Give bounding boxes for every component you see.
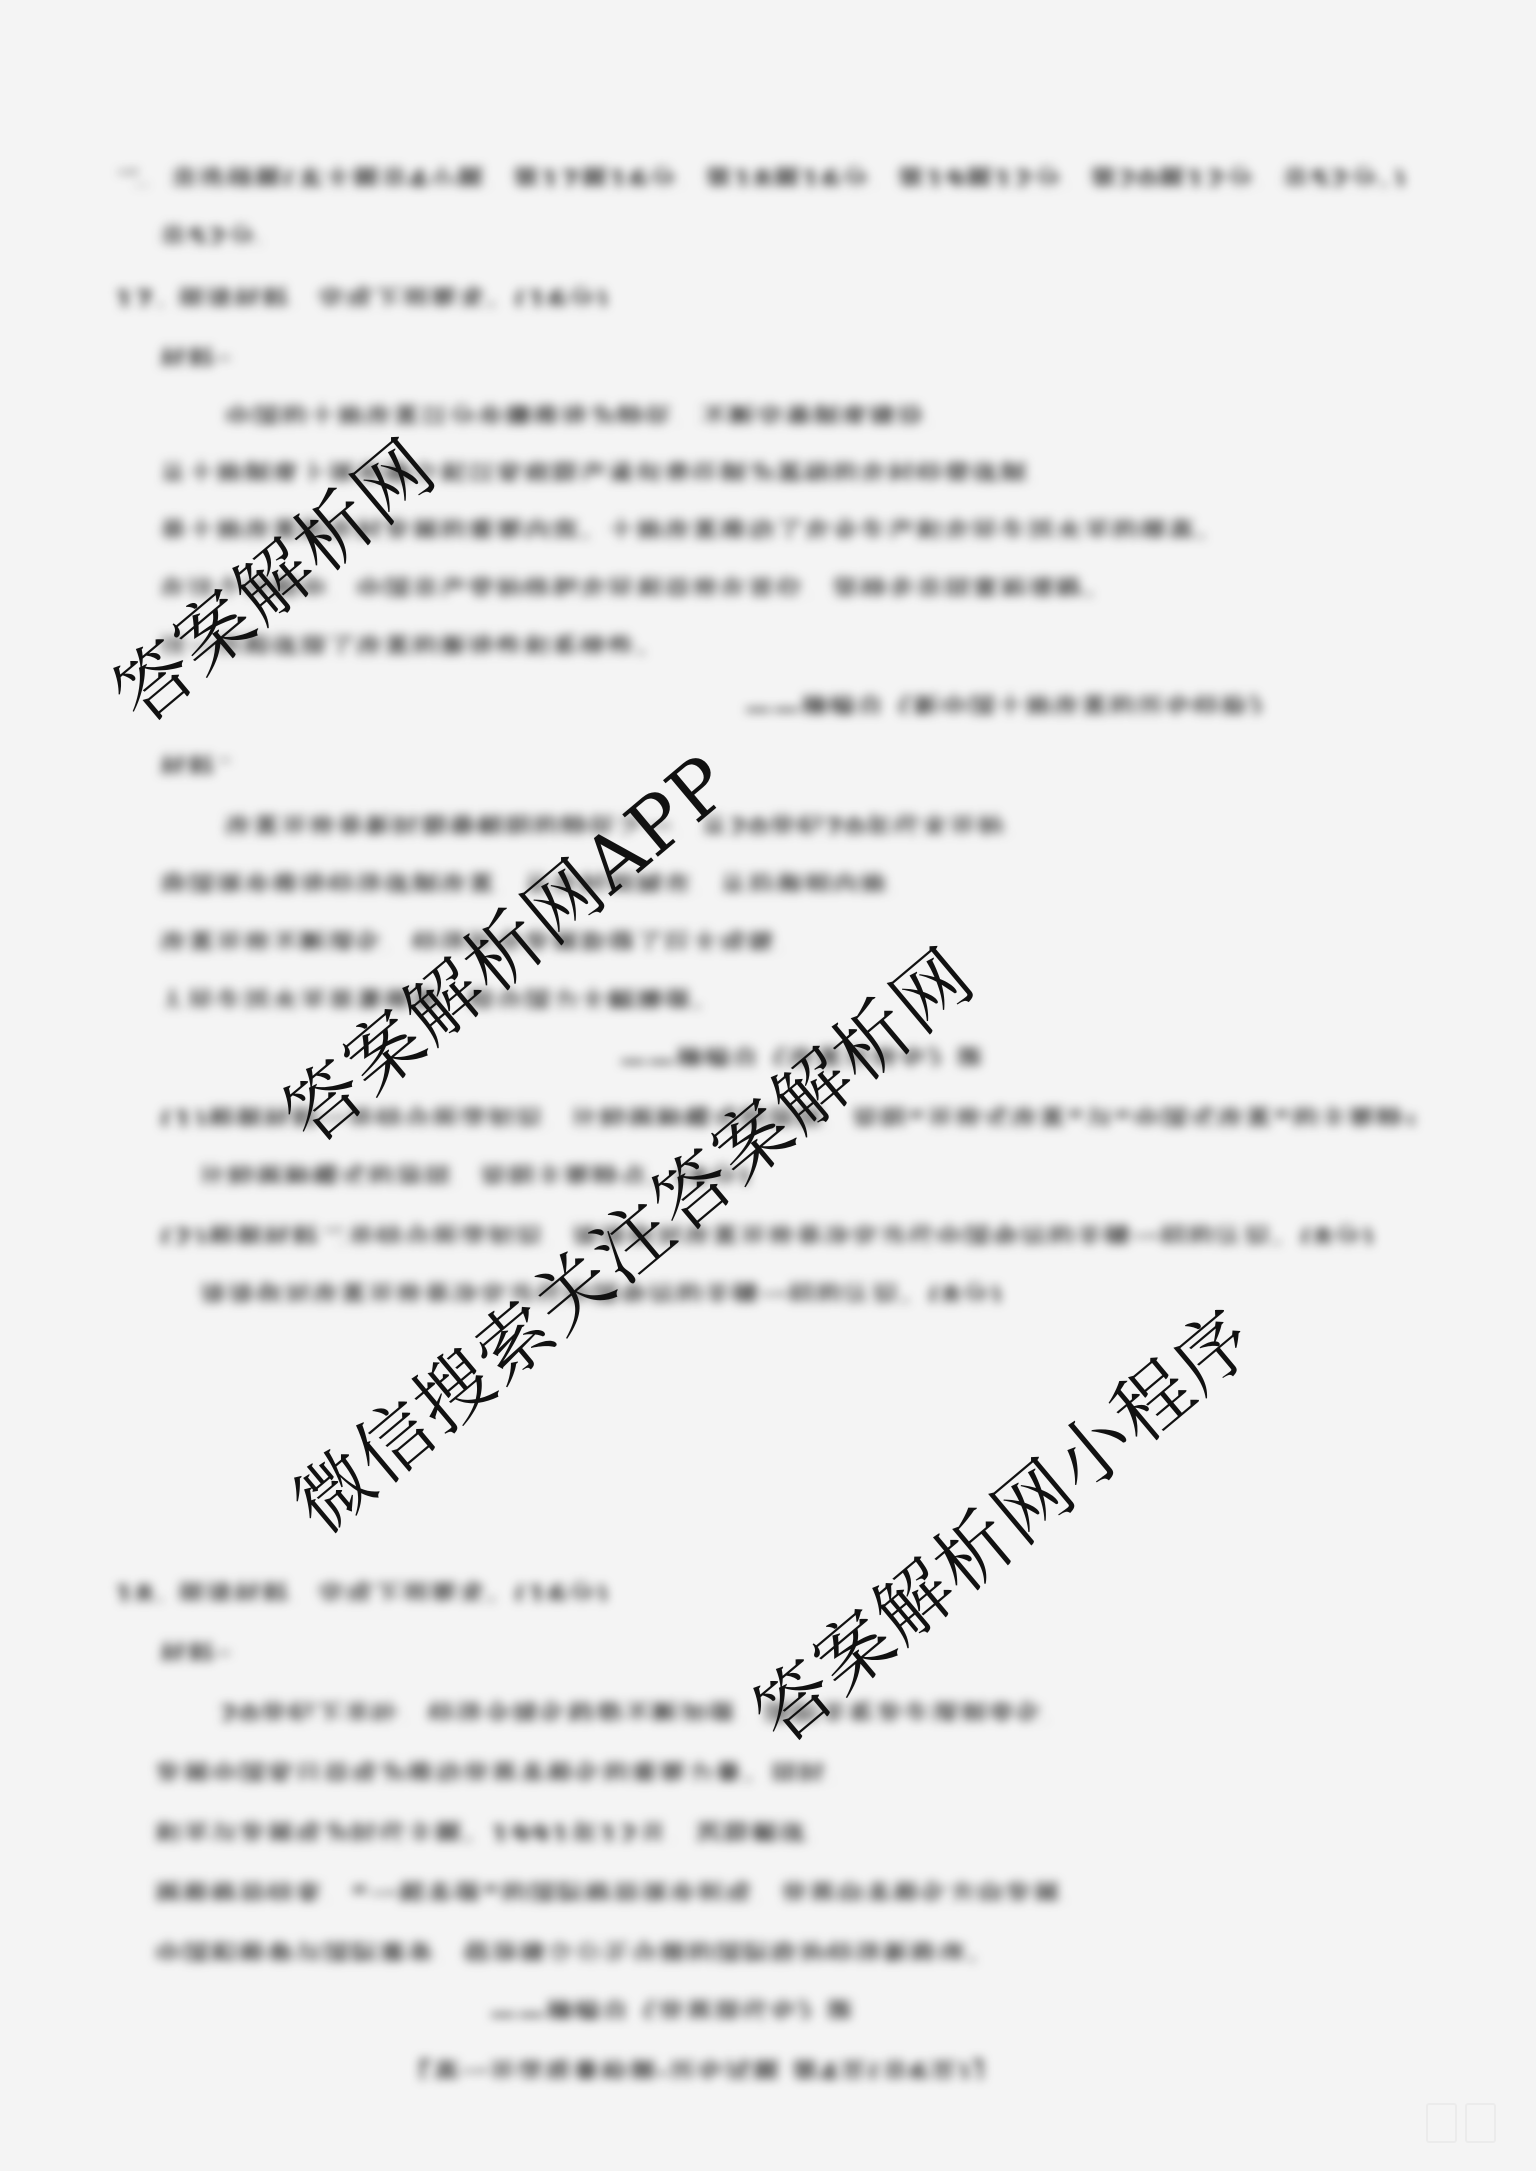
- section-heading-cont: 共52分。): [160, 218, 260, 244]
- q17-material1-label: 材料一: [160, 340, 230, 366]
- q17-material2-line: 改革开放不断深化，经济社会发展取得了巨大成就，: [160, 924, 1415, 950]
- page-footer: 【高一开学质量检测·历史试题 第4页(共6页)】: [405, 2053, 1125, 2079]
- exam-page: 二、非选择题(本大题共4小题，第17题16分，第18题16分，第19题12分，第…: [0, 0, 1536, 2171]
- section-heading: 二、非选择题(本大题共4小题，第17题16分，第18题16分，第19题12分，第…: [115, 160, 1415, 186]
- q17-material2-line: 我国逐步推进经济体制改革，从农村到城市，从沿海到内地，: [160, 866, 1415, 892]
- q17-source: ——摘编自《改革开放史》等: [620, 1040, 1415, 1066]
- q17-material2-line: 改革开放是新时期最鲜明的特征之一，从20世纪70年代末开始，: [225, 808, 1415, 834]
- q18-material1-line: 两极格局结束，“一超多强”的国际格局逐步形成，世界向多极化方向发展，: [155, 1875, 1305, 1901]
- q18-material1-label: 材料一: [160, 1635, 230, 1661]
- q17-sub-question: (2)根据材料二并结合所学知识，谈谈你对改革开放是决定当代中国命运的关键一招的认…: [160, 1218, 1415, 1244]
- q18-prompt: 18. 阅读材料，完成下列要求。(16分): [115, 1575, 635, 1601]
- q17-material1-line: 中国的土地改革以分步骤推进为特征，不断完善制度建设，: [225, 398, 1415, 424]
- q18-material1-source: ——摘编自《世界现代史》等: [490, 1993, 1230, 2019]
- corner-logo-icon: [1426, 2103, 1496, 2143]
- q18-material1-line: 和平与发展成为时代主题。1991年12月，苏联解体，: [155, 1815, 1325, 1841]
- q18-material1-line: 中国积极参与国际事务，倡导建立公正合理的国际政治经济新秩序。: [155, 1935, 1255, 1961]
- q18-material1-line: 发展中国家日益成为推动世界多极化的重要力量。同时，: [155, 1755, 1335, 1781]
- watermark-text: 答案解析网小程序: [741, 1297, 1268, 1756]
- q17-material2-label: 材料二: [160, 748, 230, 774]
- q17-material1-source: ——摘编自《新中国土地改革的历史经验》: [745, 688, 1415, 714]
- q17-prompt: 17. 阅读材料，完成下列要求。(16分): [115, 280, 635, 306]
